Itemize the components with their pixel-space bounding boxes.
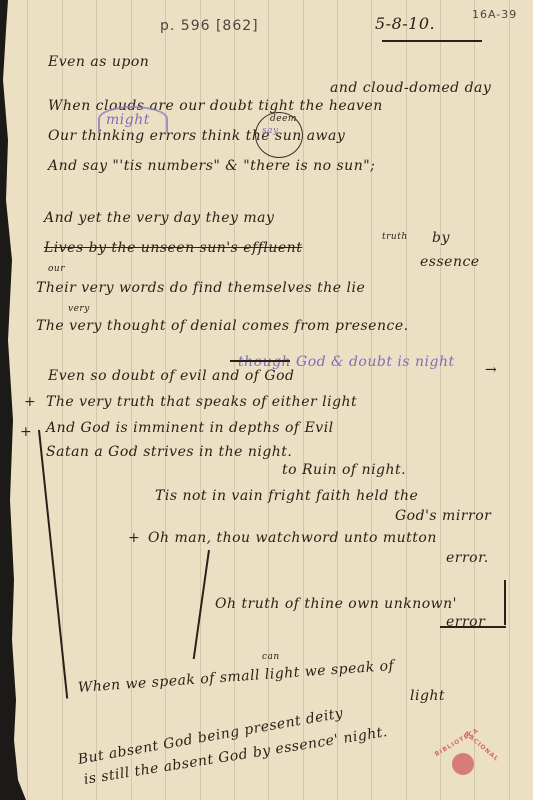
line-s1-2: and cloud-domed day — [330, 80, 491, 96]
strike-mark — [230, 360, 290, 362]
plus-mark-1: + — [24, 394, 36, 410]
margin-bracket — [38, 430, 68, 699]
plus-mark-2: + — [20, 424, 32, 440]
annotation-our: our — [48, 264, 65, 274]
line-s1-1: Even as upon — [48, 54, 149, 70]
line-s4-6: error — [446, 614, 485, 630]
line-s1-5: And say "'tis numbers" & "there is no su… — [48, 158, 375, 174]
closing-bracket — [504, 580, 506, 625]
arrow-mark: → — [485, 362, 497, 378]
line-s3-3: And God is imminent in depths of Evil — [46, 420, 334, 436]
ruled-line — [406, 0, 407, 800]
date: 5-8-10. — [375, 14, 435, 33]
annotation-by: by — [432, 230, 450, 246]
connector-stroke — [193, 550, 210, 659]
ruled-line — [440, 0, 441, 800]
annotation-say: say — [262, 126, 279, 136]
line-s2-2: Lives by the unseen sun's effluent — [44, 240, 302, 256]
line-s3-5: to Ruin of night. — [282, 462, 406, 478]
line-s4-5: Oh truth of thine own unknown' — [215, 596, 457, 612]
line-s4-3: Oh man, thou watchword unto mutton — [148, 530, 437, 546]
stamp-seal-icon — [452, 753, 474, 775]
line-s1-3: When clouds are our doubt tight the heav… — [48, 98, 383, 114]
annotation-truth: truth — [382, 232, 408, 242]
line-s3-1: Even so doubt of evil and of God — [48, 368, 294, 384]
line-s2-5: The very thought of denial comes from pr… — [36, 318, 409, 334]
line-s2-1: And yet the very day they may — [44, 210, 274, 226]
page-reference: p. 596 [862] — [160, 18, 259, 34]
line-s2-4: Their very words do find themselves the … — [36, 280, 365, 296]
plus-mark-3: + — [128, 530, 140, 546]
annotation-can: can — [262, 652, 280, 662]
line-s5-2: light — [410, 688, 445, 704]
ruled-line — [371, 0, 372, 800]
ruled-line — [474, 0, 475, 800]
line-s3-2: The very truth that speaks of either lig… — [46, 394, 357, 410]
line-s3-4: Satan a God strives in the night. — [46, 444, 292, 460]
manuscript-page: p. 596 [862] 5-8-10. 16A-39 Even as upon… — [0, 0, 533, 800]
date-underline — [382, 40, 482, 42]
line-s5-1: When we speak of small light we speak of — [77, 658, 394, 696]
annotation-very: very — [68, 304, 90, 314]
line-s4-2: God's mirror — [395, 508, 491, 524]
library-stamp: BIBLIOTECA NACIONAL — [430, 735, 494, 795]
annotation-might: might — [106, 112, 150, 128]
archive-code: 16A-39 — [472, 8, 517, 21]
line-s4-1: Tis not in vain fright faith held the — [155, 488, 418, 504]
ruled-line — [509, 0, 510, 800]
line-s2-3: essence — [420, 254, 480, 270]
line-s4-4: error. — [446, 550, 489, 566]
bracket-underline — [440, 626, 506, 628]
annotation-deem: deem — [270, 114, 297, 124]
